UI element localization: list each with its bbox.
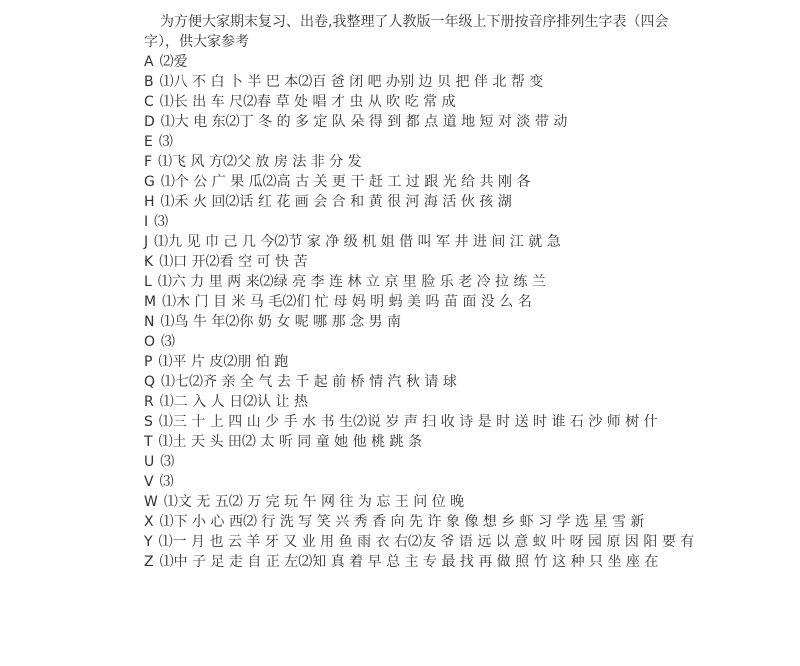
entries-list: A⑵爱 B⑴八 不 白 卜 半 巴 本⑵百 爸 闭 吧 办别 边 贝 把 伴 北… [144, 52, 698, 572]
entry-letter: O [144, 334, 155, 350]
entry-row-I: I⑶ [144, 212, 698, 232]
entry-letter: L [144, 274, 152, 290]
entry-letter: T [144, 434, 153, 450]
intro-paragraph: 为方便大家期末复习、出卷,我整理了人教版一年级上下册按音序排列生字表（四会字），… [144, 12, 698, 52]
entry-characters: ⑴文 无 五⑵ 万 完 玩 午 网 往 为 忘 王 问 位 晚 [164, 494, 464, 510]
entry-row-Z: Z⑴中 子 足 走 自 正 左⑵知 真 着 早 总 主 专 最 找 再 做 照 … [144, 552, 698, 572]
entry-row-L: L⑴六 力 里 两 来⑵绿 亮 李 连 林 立 京 里 脸 乐 老 冷 拉 练 … [144, 272, 698, 292]
entry-letter: Q [144, 374, 155, 390]
entry-row-Y: Y⑴一 月 也 云 羊 牙 又 业 用 鱼 雨 衣 右⑵友 爷 语 远 以 意 … [144, 532, 698, 552]
entry-letter: W [144, 494, 158, 510]
entry-letter: D [144, 114, 155, 130]
entry-characters: ⑴大 电 东⑵丁 冬 的 多 定 队 朵 得 到 都 点 道 地 短 对 淡 带… [161, 114, 568, 130]
entry-letter: G [144, 174, 155, 190]
entry-characters: ⑴土 天 头 田⑵ 太 听 同 童 她 他 桃 跳 条 [159, 434, 422, 450]
entry-row-U: U⑶ [144, 452, 698, 472]
entry-letter: H [144, 194, 155, 210]
entry-row-D: D⑴大 电 东⑵丁 冬 的 多 定 队 朵 得 到 都 点 道 地 短 对 淡 … [144, 112, 698, 132]
entry-characters: ⑴七⑵齐 亲 全 气 去 千 起 前 桥 情 汽 秋 请 球 [161, 374, 457, 390]
entry-row-Q: Q⑴七⑵齐 亲 全 气 去 千 起 前 桥 情 汽 秋 请 球 [144, 372, 698, 392]
entry-characters: ⑴八 不 白 卜 半 巴 本⑵百 爸 闭 吧 办别 边 贝 把 伴 北 帮 变 [160, 74, 544, 90]
entry-characters: ⑴个 公 广 果 瓜⑵高 古 关 更 干 赶 工 过 跟 光 给 共 刚 各 [161, 174, 531, 190]
entry-characters: ⑴鸟 牛 年⑵你 奶 女 呢 哪 那 念 男 南 [160, 314, 401, 330]
entry-row-B: B⑴八 不 白 卜 半 巴 本⑵百 爸 闭 吧 办别 边 贝 把 伴 北 帮 变 [144, 72, 698, 92]
entry-letter: M [144, 294, 156, 310]
entry-letter: Y [144, 534, 153, 550]
entry-letter: C [144, 94, 154, 110]
entry-characters: ⑴木 门 目 米 马 毛⑵们 忙 母 妈 明 蚂 美 吗 苗 面 没 么 名 [162, 294, 532, 310]
entry-row-G: G⑴个 公 广 果 瓜⑵高 古 关 更 干 赶 工 过 跟 光 给 共 刚 各 [144, 172, 698, 192]
entry-row-X: X⑴下 小 心 西⑵ 行 洗 写 笑 兴 秀 香 向 先 许 象 像 想 乡 虾… [144, 512, 698, 532]
entry-characters: ⑴下 小 心 西⑵ 行 洗 写 笑 兴 秀 香 向 先 许 象 像 想 乡 虾 … [160, 514, 645, 530]
entry-characters: ⑴二 入 人 日⑵认 让 热 [160, 394, 308, 410]
entry-row-H: H⑴禾 火 回⑵话 红 花 画 会 合 和 黄 很 河 海 活 伙 孩 湖 [144, 192, 698, 212]
entry-characters: ⑴一 月 也 云 羊 牙 又 业 用 鱼 雨 衣 右⑵友 爷 语 远 以 意 蚁… [159, 534, 695, 550]
entry-characters: ⑶ [154, 214, 168, 230]
entry-row-A: A⑵爱 [144, 52, 698, 72]
entry-characters: ⑶ [160, 474, 174, 490]
entry-characters: ⑶ [160, 454, 174, 470]
entry-letter: E [144, 134, 153, 150]
entry-row-J: J⑴九 见 巾 己 几 今⑵节 家 净 级 机 姐 借 叫 军 井 进 间 江 … [144, 232, 698, 252]
entry-row-P: P⑴平 片 皮⑵朋 怕 跑 [144, 352, 698, 372]
entry-letter: F [144, 154, 152, 170]
entry-row-T: T⑴土 天 头 田⑵ 太 听 同 童 她 他 桃 跳 条 [144, 432, 698, 452]
entry-letter: R [144, 394, 154, 410]
entry-characters: ⑵爱 [160, 54, 188, 70]
entry-characters: ⑴禾 火 回⑵话 红 花 画 会 合 和 黄 很 河 海 活 伙 孩 湖 [161, 194, 512, 210]
entry-row-E: E⑶ [144, 132, 698, 152]
entry-row-F: F⑴飞 风 方⑵父 放 房 法 非 分 发 [144, 152, 698, 172]
entry-characters: ⑴六 力 里 两 来⑵绿 亮 李 连 林 立 京 里 脸 乐 老 冷 拉 练 兰 [158, 274, 546, 290]
entry-characters: ⑴三 十 上 四 山 少 手 水 书 生⑵说 岁 声 扫 收 诗 是 时 送 时… [159, 414, 658, 430]
entry-row-W: W⑴文 无 五⑵ 万 完 玩 午 网 往 为 忘 王 问 位 晚 [144, 492, 698, 512]
entry-characters: ⑴飞 风 方⑵父 放 房 法 非 分 发 [158, 154, 362, 170]
entry-letter: J [144, 234, 148, 250]
entry-letter: Z [144, 554, 154, 570]
entry-row-C: C⑴长 出 车 尺⑵春 草 处 唱 才 虫 从 吹 吃 常 成 [144, 92, 698, 112]
entry-row-S: S⑴三 十 上 四 山 少 手 水 书 生⑵说 岁 声 扫 收 诗 是 时 送 … [144, 412, 698, 432]
entry-letter: K [144, 254, 153, 270]
entry-letter: V [144, 474, 154, 490]
entry-letter: B [144, 74, 154, 90]
entry-letter: P [144, 354, 152, 370]
entry-row-N: N⑴鸟 牛 年⑵你 奶 女 呢 哪 那 念 男 南 [144, 312, 698, 332]
entry-letter: I [144, 214, 148, 230]
entry-letter: U [144, 454, 154, 470]
entry-characters: ⑴中 子 足 走 自 正 左⑵知 真 着 早 总 主 专 最 找 再 做 照 竹… [160, 554, 659, 570]
entry-row-O: O⑶ [144, 332, 698, 352]
entry-row-V: V⑶ [144, 472, 698, 492]
entry-letter: X [144, 514, 154, 530]
entry-letter: N [144, 314, 154, 330]
entry-letter: S [144, 414, 153, 430]
entry-characters: ⑴口 开⑵看 空 可 快 苦 [159, 254, 307, 270]
entry-characters: ⑴长 出 车 尺⑵春 草 处 唱 才 虫 从 吹 吃 常 成 [160, 94, 456, 110]
entry-characters: ⑶ [159, 134, 173, 150]
entry-characters: ⑶ [161, 334, 175, 350]
entry-characters: ⑴九 见 巾 己 几 今⑵节 家 净 级 机 姐 借 叫 军 井 进 间 江 就… [154, 234, 561, 250]
entry-characters: ⑴平 片 皮⑵朋 怕 跑 [158, 354, 288, 370]
vocab-document: 为方便大家期末复习、出卷,我整理了人教版一年级上下册按音序排列生字表（四会字），… [144, 12, 698, 572]
entry-row-M: M⑴木 门 目 米 马 毛⑵们 忙 母 妈 明 蚂 美 吗 苗 面 没 么 名 [144, 292, 698, 312]
entry-row-R: R⑴二 入 人 日⑵认 让 热 [144, 392, 698, 412]
entry-row-K: K⑴口 开⑵看 空 可 快 苦 [144, 252, 698, 272]
entry-letter: A [144, 54, 154, 70]
